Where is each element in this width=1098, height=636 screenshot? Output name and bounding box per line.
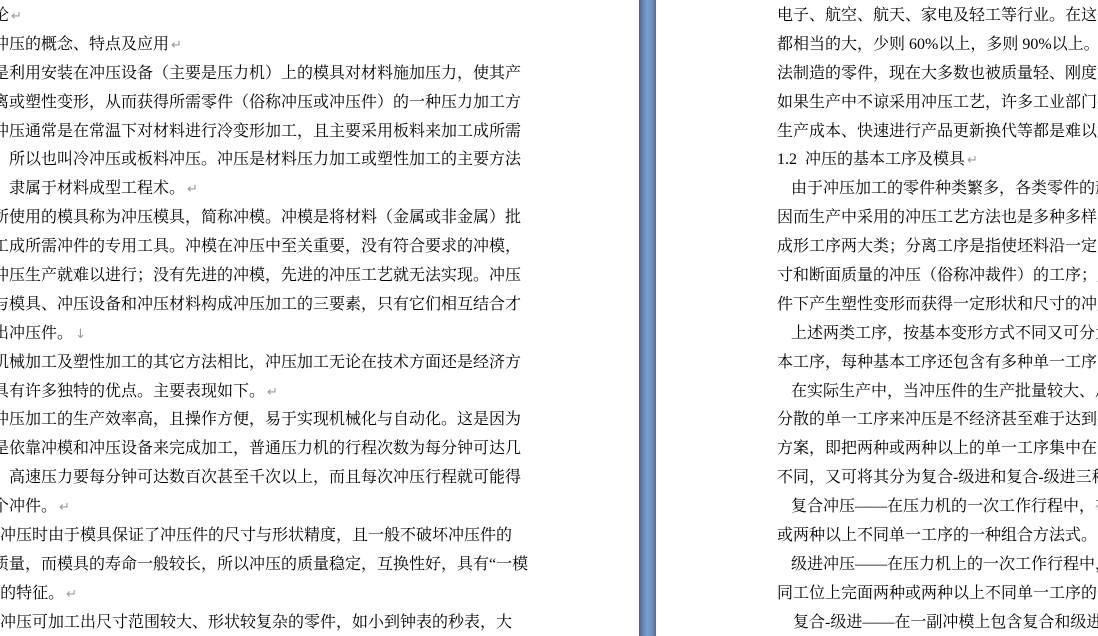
text-run: 冲压生产就难以进行；没有先进的冲模，先进的冲压工艺就无法实现。冲压 (0, 267, 521, 284)
text-line[interactable]: 上述两类工序，按基本变形方式不同又可分为 (777, 320, 1098, 349)
text-run: 件下产生塑性变形而获得一定形状和尺寸的冲压 (777, 296, 1098, 313)
text-run: 是利用安装在冲压设备（主要是压力机）上的模具对材料施加压力，使其产 (0, 65, 521, 82)
text-line[interactable]: 不同，又可将其分为复合-级进和复合-级进三种 (777, 464, 1098, 493)
text-run: 机械加工及塑性加工的其它方法相比，冲压加工无论在技术方面还是经济方 (0, 354, 521, 371)
text-run: 都相当的大，少则 60%以上，多则 90%以上。不 (777, 36, 1098, 53)
text-run: 同工位上完面两种或两种以上不同单一工序的一 (777, 585, 1098, 602)
text-run: 因而生产中采用的冲压工艺方法也是多种多样的 (777, 209, 1098, 226)
page-right-text-column: 电子、航空、航天、家电及轻工等行业。在这些都相当的大，少则 60%以上，多则 9… (777, 2, 1098, 636)
text-line[interactable]: 件下产生塑性变形而获得一定形状和尺寸的冲压 (777, 291, 1098, 320)
text-run: 成形工序两大类；分离工序是指使坯料沿一定的 (777, 238, 1098, 255)
paragraph-mark-icon: ↵ (11, 9, 22, 24)
text-line[interactable]: 成形工序两大类；分离工序是指使坯料沿一定的 (777, 233, 1098, 262)
text-line[interactable]: 工成所需冲件的专用工具。冲模在冲压中至关重要，没有符合要求的冲模， (0, 233, 693, 262)
text-line[interactable]: 与模具、冲压设备和冲压材料构成冲压加工的三要素，只有它们相互结合才 (0, 291, 693, 320)
page-right[interactable]: 电子、航空、航天、家电及轻工等行业。在这些都相当的大，少则 60%以上，多则 9… (656, 0, 1098, 636)
text-line[interactable]: 生产成本、快速进行产品更新换代等都是难以实 (777, 118, 1098, 147)
text-line[interactable]: ，所以也叫冷冲压或板料冲压。冲压是材料压力加工或塑性加工的主要方法 (0, 146, 693, 175)
document-viewer: 论↵冲压的概念、特点及应用↵是利用安装在冲压设备（主要是压力机）上的模具对材料施… (0, 0, 1098, 636)
text-line[interactable]: 具有许多独特的优点。主要表现如下。↵ (0, 378, 693, 407)
paragraph-mark-icon: ↵ (59, 500, 70, 515)
text-line[interactable]: 离或塑性变形，从而获得所需零件（俗称冲压或冲压件）的一种压力加工方 (0, 89, 693, 118)
text-run: 质量，而模具的寿命一般较长，所以冲压的质量稳定，互换性好，具有“一模 (0, 556, 528, 573)
text-line[interactable]: 冲压生产就难以进行；没有先进的冲模，先进的冲压工艺就无法实现。冲压 (0, 262, 693, 291)
paragraph-mark-icon: ↵ (171, 38, 182, 53)
line-break-mark-icon: ↓ (75, 327, 86, 342)
text-run: 与模具、冲压设备和冲压材料构成冲压加工的三要素，只有它们相互结合才 (0, 296, 521, 313)
text-run: 在实际生产中，当冲压件的生产批量较大、尺 (791, 383, 1098, 400)
paragraph-mark-icon: ↵ (967, 153, 978, 168)
paragraph-mark-icon: ↵ (267, 385, 278, 400)
text-run: 复合-级进——在一副冲模上包含复合和级进 (793, 614, 1098, 631)
text-run: 法制造的零件，现在大多数也被质量轻、刚度好 (777, 65, 1098, 82)
text-run: 所使用的模具称为冲压模具，简称冲模。冲模是将材料（金属或非金属）批 (0, 209, 521, 226)
text-run: 不同，又可将其分为复合-级进和复合-级进三种 (777, 469, 1098, 486)
text-line[interactable]: 冲压可加工出尺寸范围较大、形状较复杂的零件，如小到钟表的秒表，大 (0, 609, 693, 636)
text-line[interactable]: 法制造的零件，现在大多数也被质量轻、刚度好 (777, 60, 1098, 89)
text-line[interactable]: 冲压加工的生产效率高，且操作方便，易于实现机械化与自动化。这是因为 (0, 406, 693, 435)
text-run: 冲压可加工出尺寸范围较大、形状较复杂的零件，如小到钟表的秒表，大 (0, 614, 512, 631)
text-run: 由于冲压加工的零件种类繁多，各类零件的形 (791, 180, 1098, 197)
text-line[interactable]: 论↵ (0, 2, 693, 31)
text-line[interactable]: 都相当的大，少则 60%以上，多则 90%以上。不 (777, 31, 1098, 60)
text-line[interactable]: 方案，即把两种或两种以上的单一工序集中在一 (777, 435, 1098, 464)
text-line[interactable]: 机械加工及塑性加工的其它方法相比，冲压加工无论在技术方面还是经济方 (0, 349, 693, 378)
text-line[interactable]: 冲压的概念、特点及应用↵ (0, 31, 693, 60)
text-run: 个冲件。 (0, 498, 57, 515)
text-line[interactable]: 级进冲压——在压力机上的一次工作行程中， (777, 551, 1098, 580)
paragraph-mark-icon: ↵ (187, 182, 198, 197)
text-line[interactable]: 所使用的模具称为冲压模具，简称冲模。冲模是将材料（金属或非金属）批 (0, 204, 693, 233)
text-run: 冲压加工的生产效率高，且操作方便，易于实现机械化与自动化。这是因为 (0, 411, 521, 428)
page-left-text-column: 论↵冲压的概念、特点及应用↵是利用安装在冲压设备（主要是压力机）上的模具对材料施… (0, 2, 693, 636)
text-line[interactable]: 复合-级进——在一副冲模上包含复合和级进 (777, 609, 1098, 636)
text-run: 本工序，每种基本工序还包含有多种单一工序 (777, 354, 1097, 371)
text-run: 工成所需冲件的专用工具。冲模在冲压中至关重要，没有符合要求的冲模， (0, 238, 521, 255)
text-run: 是依靠冲模和冲压设备来完成加工，普通压力机的行程次数为每分钟可达几 (0, 440, 521, 457)
text-line[interactable]: 分散的单一工序来冲压是不经济甚至难于达到要 (777, 406, 1098, 435)
text-line[interactable]: 寸和断面质量的冲压（俗称冲裁件）的工序；成 (777, 262, 1098, 291)
text-run: ”的特征。 (0, 585, 64, 602)
text-run: 复合冲压——在压力机的一次工作行程中，在 (791, 498, 1098, 515)
paragraph-mark-icon: ↵ (66, 587, 77, 602)
text-run: 出冲压件。 (0, 325, 73, 342)
text-run: 论 (0, 7, 9, 24)
text-run: ，所以也叫冷冲压或板料冲压。冲压是材料压力加工或塑性加工的主要方法 (0, 151, 521, 168)
text-line[interactable]: 因而生产中采用的冲压工艺方法也是多种多样的 (777, 204, 1098, 233)
text-line[interactable]: 如果生产中不谅采用冲压工艺，许多工业部门要 (777, 89, 1098, 118)
text-run: ，高速压力要每分钟可达数百次甚至千次以上，而且每次冲压行程就可能得 (0, 469, 521, 486)
text-run: 分散的单一工序来冲压是不经济甚至难于达到要 (777, 411, 1098, 428)
page-left[interactable]: 论↵冲压的概念、特点及应用↵是利用安装在冲压设备（主要是压力机）上的模具对材料施… (0, 0, 639, 636)
text-run: 电子、航空、航天、家电及轻工等行业。在这些 (777, 7, 1098, 24)
text-run: 1.2 冲压的基本工序及模具 (777, 151, 965, 168)
text-run: 上述两类工序，按基本变形方式不同又可分为 (791, 325, 1098, 342)
text-run: 冲压通常是在常温下对材料进行冷变形加工，且主要采用板料来加工成所需 (0, 123, 521, 140)
text-run: 生产成本、快速进行产品更新换代等都是难以实 (777, 123, 1098, 140)
text-line[interactable]: ”的特征。↵ (0, 580, 693, 609)
text-line[interactable]: 电子、航空、航天、家电及轻工等行业。在这些 (777, 2, 1098, 31)
text-line[interactable]: 同工位上完面两种或两种以上不同单一工序的一 (777, 580, 1098, 609)
text-line[interactable]: 冲压时由于模具保证了冲压件的尺寸与形状精度，且一般不破坏冲压件的 (0, 522, 693, 551)
text-run: 冲压时由于模具保证了冲压件的尺寸与形状精度，且一般不破坏冲压件的 (0, 527, 512, 544)
page-gap-divider (639, 0, 656, 636)
text-line[interactable]: 由于冲压加工的零件种类繁多，各类零件的形 (777, 175, 1098, 204)
text-line[interactable]: ，隶属于材料成型工程术。↵ (0, 175, 693, 204)
text-run: 或两种以上不同单一工序的一种组合方法式。 (777, 527, 1097, 544)
text-line[interactable]: 质量，而模具的寿命一般较长，所以冲压的质量稳定，互换性好，具有“一模 (0, 551, 693, 580)
text-run: 方案，即把两种或两种以上的单一工序集中在一 (777, 440, 1098, 457)
text-run: ，隶属于材料成型工程术。 (0, 180, 185, 197)
text-run: 离或塑性变形，从而获得所需零件（俗称冲压或冲压件）的一种压力加工方 (0, 94, 521, 111)
text-line[interactable]: 复合冲压——在压力机的一次工作行程中，在 (777, 493, 1098, 522)
text-line[interactable]: 是利用安装在冲压设备（主要是压力机）上的模具对材料施加压力，使其产 (0, 60, 693, 89)
text-run: 寸和断面质量的冲压（俗称冲裁件）的工序；成 (777, 267, 1098, 284)
text-line[interactable]: 出冲压件。↓ (0, 320, 693, 349)
text-line[interactable]: 本工序，每种基本工序还包含有多种单一工序 (777, 349, 1098, 378)
text-line[interactable]: 个冲件。↵ (0, 493, 693, 522)
text-run: 如果生产中不谅采用冲压工艺，许多工业部门要 (777, 94, 1098, 111)
text-line[interactable]: 或两种以上不同单一工序的一种组合方法式。↵ (777, 522, 1098, 551)
text-line[interactable]: 冲压通常是在常温下对材料进行冷变形加工，且主要采用板料来加工成所需 (0, 118, 693, 147)
text-line[interactable]: 在实际生产中，当冲压件的生产批量较大、尺 (777, 378, 1098, 407)
text-line[interactable]: 1.2 冲压的基本工序及模具↵ (777, 146, 1098, 175)
text-line[interactable]: ，高速压力要每分钟可达数百次甚至千次以上，而且每次冲压行程就可能得 (0, 464, 693, 493)
text-run: 级进冲压——在压力机上的一次工作行程中， (791, 556, 1098, 573)
text-line[interactable]: 是依靠冲模和冲压设备来完成加工，普通压力机的行程次数为每分钟可达几 (0, 435, 693, 464)
text-run: 冲压的概念、特点及应用 (0, 36, 169, 53)
text-run: 具有许多独特的优点。主要表现如下。 (0, 383, 265, 400)
